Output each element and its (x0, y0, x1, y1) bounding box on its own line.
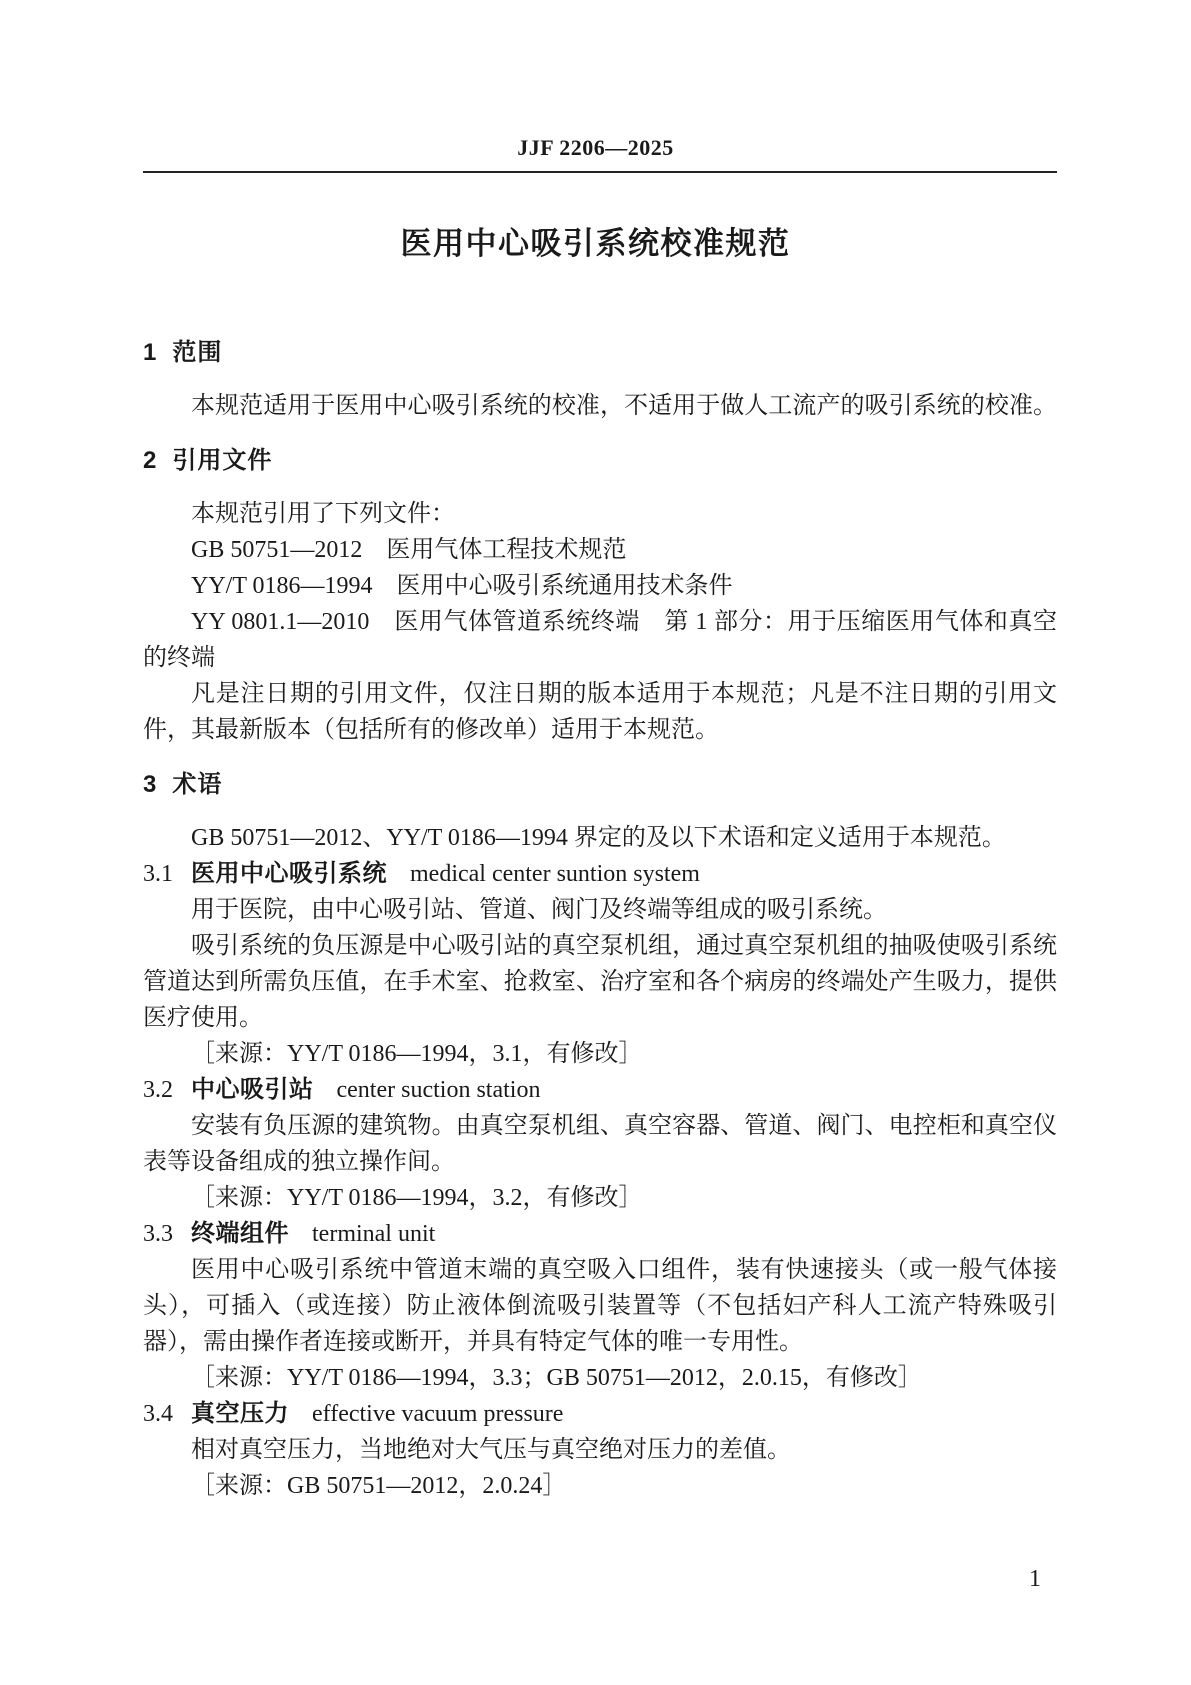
paragraph-line: 安装有负压源的建筑物。由真空泵机组、真空容器、管道、阀门、电控柜和真空仪 (143, 1108, 1057, 1144)
source-line: ［来源：YY/T 0186—1994，3.2，有修改］ (143, 1180, 1057, 1216)
section-heading: 2引用文件 (143, 444, 1057, 478)
paragraph-line: 医疗使用。 (143, 1000, 1057, 1036)
source-line: ［来源：GB 50751—2012，2.0.24］ (143, 1468, 1057, 1504)
paragraph-line: 吸引系统的负压源是中心吸引站的真空泵机组，通过真空泵机组的抽吸使吸引系统 (143, 928, 1057, 964)
page-title: 医用中心吸引系统校准规范 (0, 224, 1191, 264)
document-body: 1范围本规范适用于医用中心吸引系统的校准，不适用于做人工流产的吸引系统的校准。2… (143, 316, 1057, 1504)
section-number: 1 (143, 339, 156, 366)
section-label: 引用文件 (172, 447, 272, 474)
paragraph-line: 本规范引用了下列文件： (143, 496, 1057, 532)
source-line: ［来源：YY/T 0186—1994，3.1，有修改］ (143, 1036, 1057, 1072)
paragraph-line: 器），需由操作者连接或断开，并具有特定气体的唯一专用性。 (143, 1324, 1057, 1360)
paragraph-line: 本规范适用于医用中心吸引系统的校准，不适用于做人工流产的吸引系统的校准。 (143, 388, 1057, 424)
paragraph-line: GB 50751—2012 医用气体工程技术规范 (143, 532, 1057, 568)
section-heading: 3术语 (143, 768, 1057, 802)
section-heading: 1范围 (143, 336, 1057, 370)
page-number: 1 (1029, 1564, 1041, 1594)
paragraph-line: 管道达到所需负压值，在手术室、抢救室、治疗室和各个病房的终端处产生吸力，提供 (143, 964, 1057, 1000)
source-line: ［来源：YY/T 0186—1994，3.3；GB 50751—2012，2.0… (143, 1360, 1057, 1396)
term-name-en: terminal unit (312, 1221, 435, 1247)
paragraph-line: YY/T 0186—1994 医用中心吸引系统通用技术条件 (143, 568, 1057, 604)
term-heading: 3.3终端组件terminal unit (143, 1216, 1057, 1252)
term-name-zh: 医用中心吸引系统 (191, 860, 387, 887)
term-name-zh: 中心吸引站 (191, 1076, 314, 1103)
paragraph-line: 用于医院，由中心吸引站、管道、阀门及终端等组成的吸引系统。 (143, 892, 1057, 928)
term-heading: 3.1医用中心吸引系统medical center suntion system (143, 856, 1057, 892)
term-name-zh: 真空压力 (191, 1400, 289, 1427)
paragraph-line: 相对真空压力，当地绝对大气压与真空绝对压力的差值。 (143, 1432, 1057, 1468)
paragraph-line: 凡是注日期的引用文件，仅注日期的版本适用于本规范；凡是不注日期的引用文 (143, 676, 1057, 712)
term-heading: 3.4真空压力effective vacuum pressure (143, 1396, 1057, 1432)
term-name-en: medical center suntion system (410, 861, 700, 887)
section-label: 术语 (172, 771, 222, 798)
section-label: 范围 (172, 339, 222, 366)
term-name-en: effective vacuum pressure (312, 1401, 563, 1427)
paragraph-line: 表等设备组成的独立操作间。 (143, 1144, 1057, 1180)
paragraph-line: 的终端 (143, 640, 1057, 676)
term-name-en: center suction station (337, 1077, 541, 1103)
document-page: JJF 2206—2025 医用中心吸引系统校准规范 1范围本规范适用于医用中心… (0, 0, 1191, 1685)
term-number: 3.1 (143, 861, 173, 887)
header-rule (143, 171, 1057, 173)
paragraph-line: 头），可插入（或连接）防止液体倒流吸引装置等（不包括妇产科人工流产特殊吸引 (143, 1288, 1057, 1324)
paragraph-line: 件，其最新版本（包括所有的修改单）适用于本规范。 (143, 712, 1057, 748)
paragraph-line: 医用中心吸引系统中管道末端的真空吸入口组件，装有快速接头（或一般气体接 (143, 1252, 1057, 1288)
section-number: 3 (143, 771, 156, 798)
term-name-zh: 终端组件 (191, 1220, 289, 1247)
term-number: 3.3 (143, 1221, 173, 1247)
term-heading: 3.2中心吸引站center suction station (143, 1072, 1057, 1108)
term-number: 3.4 (143, 1401, 173, 1427)
term-number: 3.2 (143, 1077, 173, 1103)
paragraph-line: YY 0801.1—2010 医用气体管道系统终端 第 1 部分：用于压缩医用气… (143, 604, 1057, 640)
section-number: 2 (143, 447, 156, 474)
paragraph-line: GB 50751—2012、YY/T 0186—1994 界定的及以下术语和定义… (143, 820, 1057, 856)
standard-number: JJF 2206—2025 (0, 136, 1191, 160)
